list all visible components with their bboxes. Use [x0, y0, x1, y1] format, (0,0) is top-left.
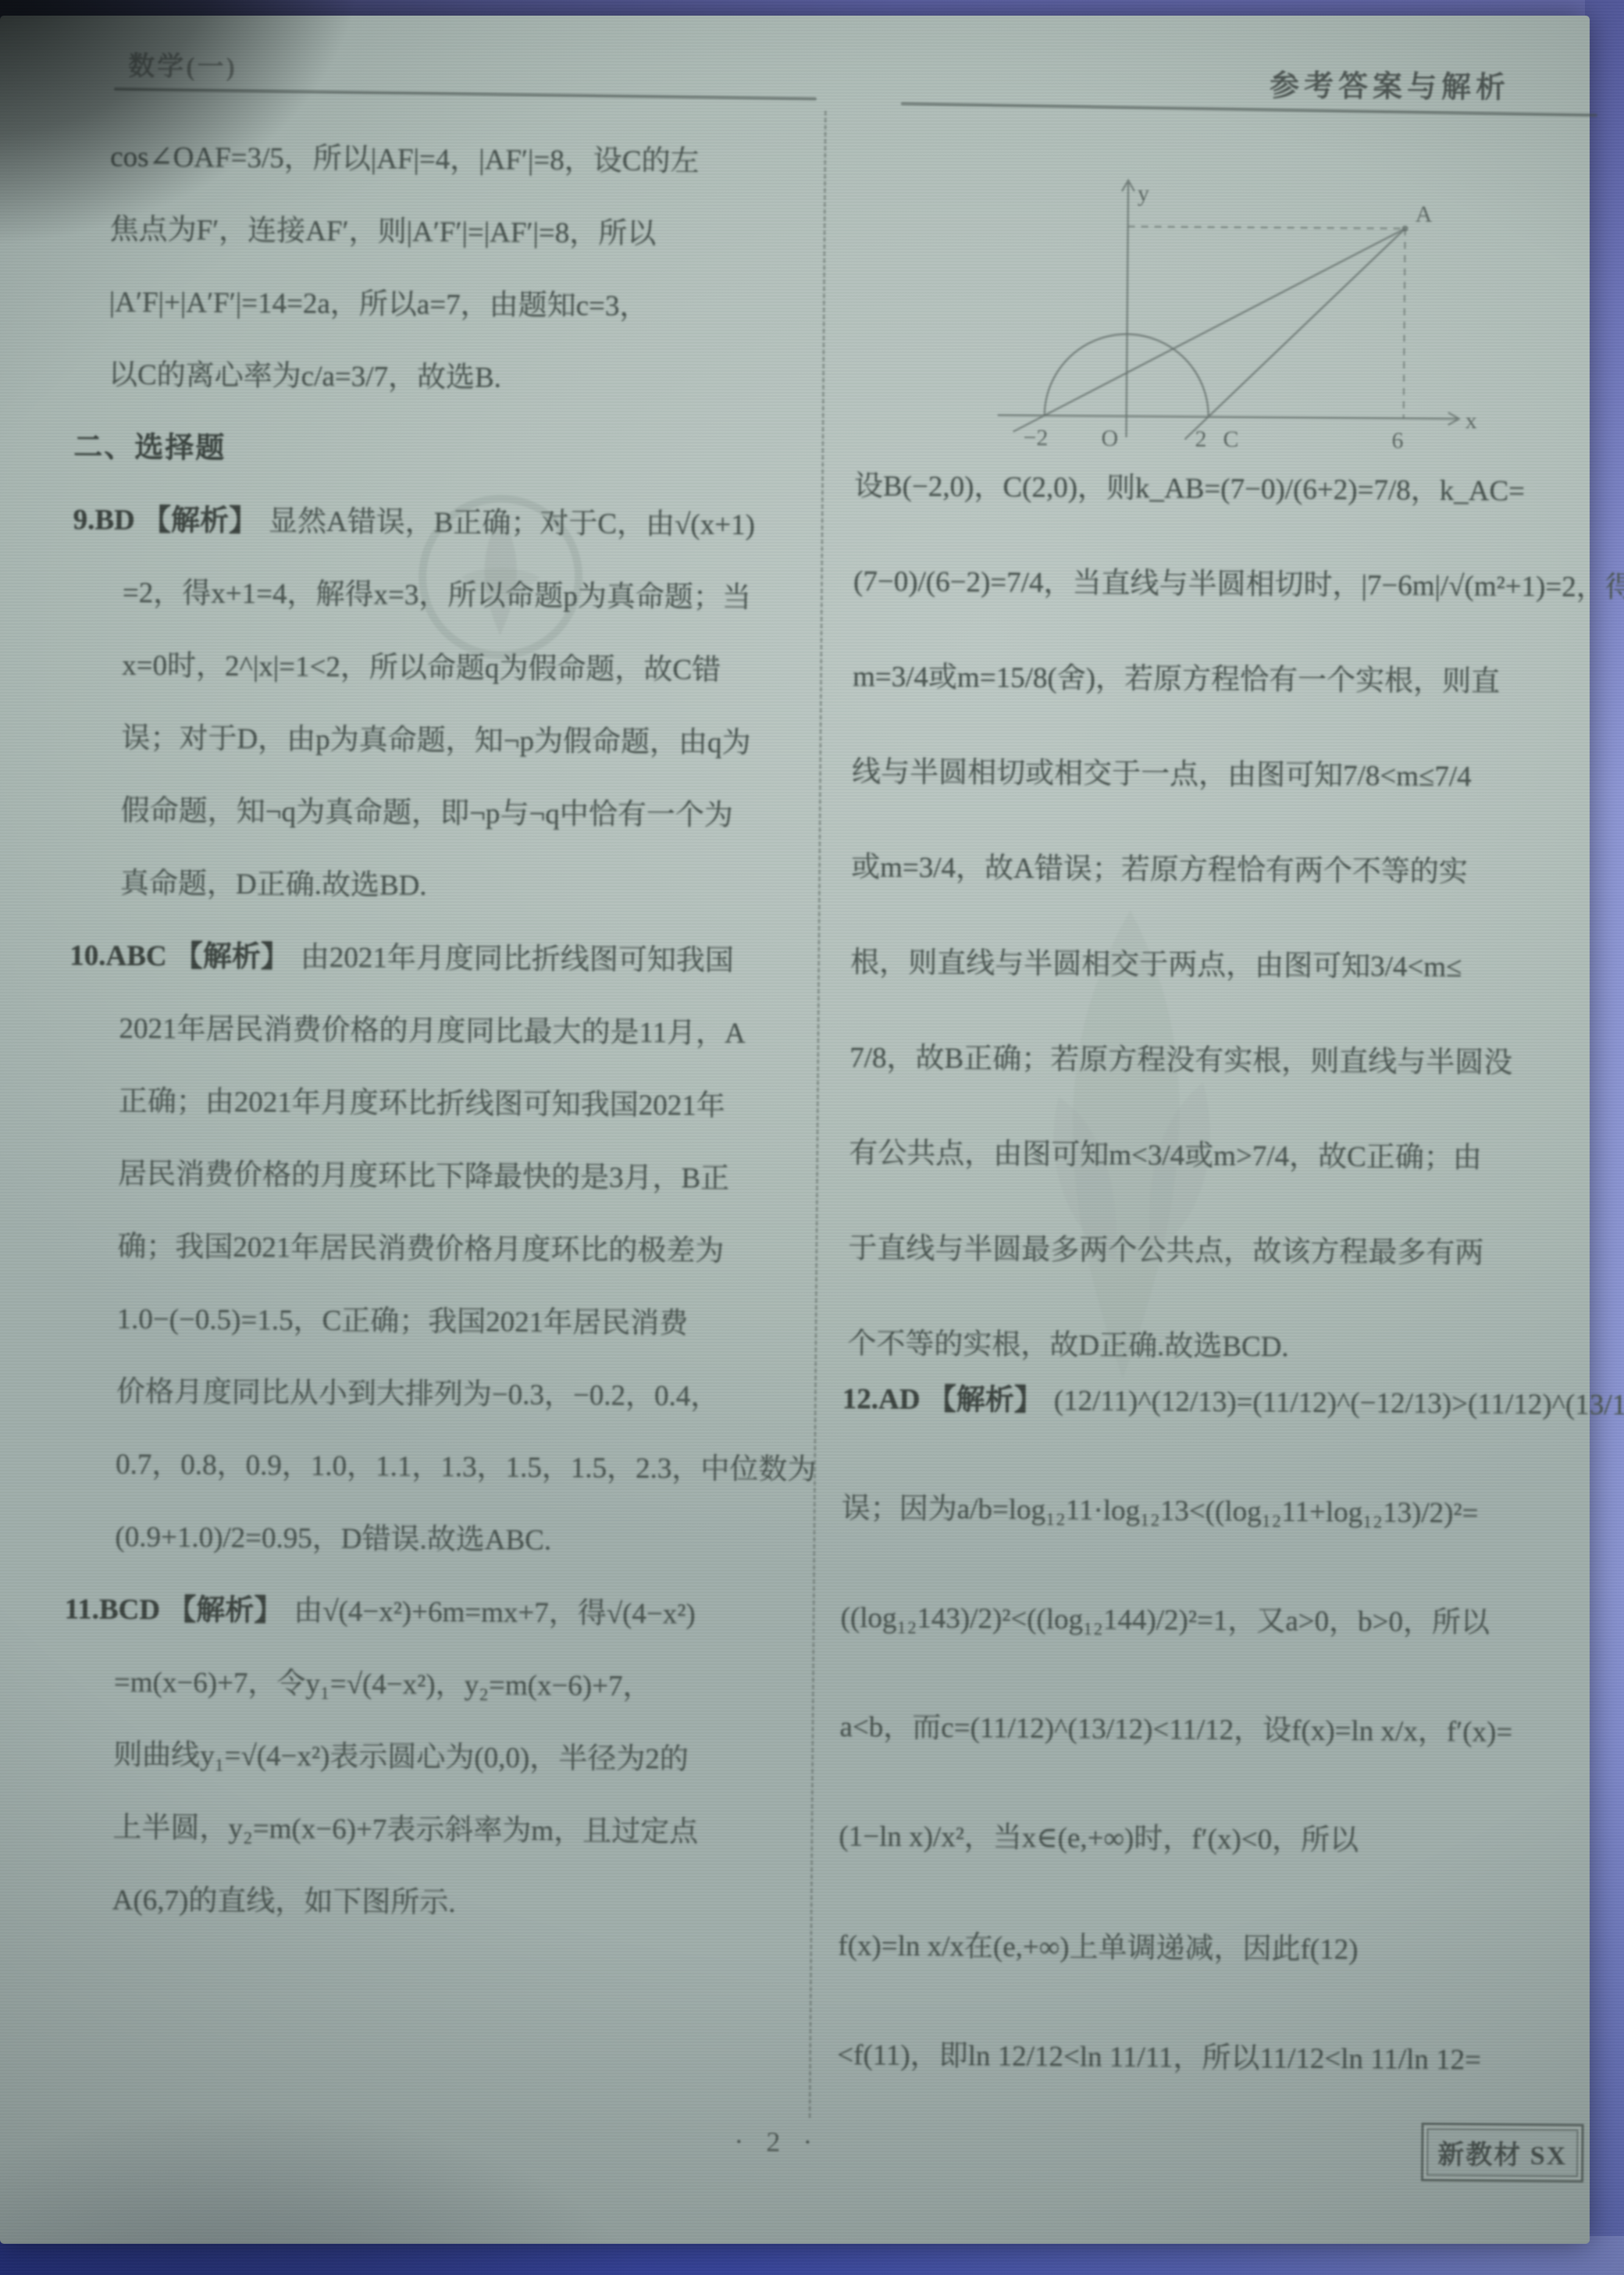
photographed-answer-page: 数学(一) 参考答案与解析 cos∠OAF=3/5，所以|AF|=4，|AF′|…	[0, 0, 1624, 2275]
answer-key-header: 参考答案与解析	[1270, 61, 1510, 105]
solution-figure: y A −2 O 2 C 6 x	[892, 166, 1503, 452]
solution-line: 根，则直线与半圆相交于两点，由图可知3/4<m≤	[850, 915, 1605, 1017]
solution-line: 于直线与半圆最多两个公共点，故该方程最多有两	[848, 1201, 1603, 1303]
left-column: cos∠OAF=3/5，所以|AF|=4，|AF′|=8，设C的左 焦点为F′，…	[62, 120, 819, 1942]
solution-line: 或m=3/4，故A错误；若原方程恰有两个不等的实	[851, 820, 1606, 922]
solution-line: 正确；由2021年月度环比折线图可知我国2021年	[68, 1064, 812, 1143]
solution-line: (1−ln x)/x²，当x∈(e,+∞)时，f′(x)<0，所以	[839, 1782, 1604, 1898]
solution-line: 2021年居民消费价格的月度同比最大的是11月，A	[69, 992, 813, 1070]
solution-line: <f(11)，即ln 12/12<ln 11/11，所以11/12<ln 11/…	[837, 2001, 1603, 2116]
subject-header: 数学(一)	[128, 45, 237, 84]
solution-line: 价格月度同比从小到大排列为−0.3，−0.2，0.4，	[66, 1355, 810, 1433]
answer-head-10: 10.ABC 【解析】	[69, 940, 290, 973]
header-rule-left	[114, 87, 817, 101]
page-number: · 2 ·	[675, 2124, 878, 2159]
solution-line: 由2021年月度同比折线图可知我国	[301, 942, 734, 977]
solution-line: 上半圆，y₂=m(x−6)+7表示斜率为m，且过定点	[62, 1791, 807, 1869]
solution-line: 显然A错误，B正确；对于C，由√(x+1)	[269, 505, 755, 541]
solution-line: 误；对于D，由p为真命题，知¬p为假命题，由q为	[71, 701, 815, 779]
solution-line: ((log₁₂143)/2)²<((log₁₂144)/2)²=1，又a>0，b…	[840, 1564, 1606, 1679]
answer-item-12-first-line: 12.AD 【解析】(12/11)^(12/13)=(11/12)^(−12/1…	[842, 1345, 1608, 1460]
figure-label-y: y	[1138, 180, 1149, 206]
solution-line: 设B(−2,0)，C(2,0)，则k_AB=(7−0)/(6+2)=7/8，k_…	[854, 439, 1609, 540]
solution-line: (12/11)^(12/13)=(11/12)^(−12/13)>(11/12)…	[1054, 1385, 1624, 1422]
solution-line: 0.7，0.8，0.9，1.0，1.1，1.3，1.5，1.5，2.3，中位数为	[66, 1428, 810, 1506]
solution-line: x=0时，2^|x|=1<2，所以命题q为假命题，故C错	[72, 629, 816, 707]
solution-line: 真命题，D正确.故选BD.	[70, 847, 814, 925]
solution-line: (7−0)/(6−2)=7/4，当直线与半圆相切时，|7−6m|/√(m²+1)…	[853, 534, 1608, 636]
solution-line: 则曲线y₁=√(4−x²)表示圆心为(0,0)，半径为2的	[63, 1718, 807, 1796]
page-content: 数学(一) 参考答案与解析 cos∠OAF=3/5，所以|AF|=4，|AF′|…	[0, 11, 1595, 2252]
solution-line: |A′F|+|A′F′|=14=2a，所以a=7，由题知c=3，	[74, 266, 818, 344]
solution-line: 焦点为F′，连接AF′，则|A′F′|=|AF′|=8，所以	[75, 193, 819, 271]
answer-head-11: 11.BCD 【解析】	[65, 1593, 283, 1627]
solution-line: 1.0−(−0.5)=1.5，C正确；我国2021年居民消费	[66, 1282, 810, 1360]
answer-item-10: 10.ABC 【解析】由2021年月度同比折线图可知我国	[69, 919, 814, 997]
solution-line: 确；我国2021年居民消费价格月度环比的极差为	[67, 1210, 811, 1288]
solution-line: cos∠OAF=3/5，所以|AF|=4，|AF′|=8，设C的左	[76, 120, 820, 198]
solution-line: 7/8，故B正确；若原方程没有实根，则直线与半圆没	[849, 1011, 1604, 1112]
solution-line: 假命题，知¬q为真命题，即¬p与¬q中恰有一个为	[70, 774, 814, 852]
right-column-bcd-continuation: 设B(−2,0)，C(2,0)，则k_AB=(7−0)/(6+2)=7/8，k_…	[847, 439, 1609, 1398]
solution-line: a<b，而c=(11/12)^(13/12)<11/12，设f(x)=ln x/…	[839, 1673, 1605, 1788]
figure-label-x: x	[1466, 408, 1477, 433]
figure-label-a: A	[1416, 201, 1433, 227]
section-title-multiple-choice: 二、选择题	[73, 411, 817, 489]
answer-item-12: 12.AD 【解析】(12/11)^(12/13)=(11/12)^(−12/1…	[837, 1345, 1608, 2116]
solution-line: 由√(4−x²)+6m=mx+7，得√(4−x²)	[294, 1596, 696, 1631]
solution-line: 居民消费价格的月度环比下降最快的是3月，B正	[68, 1137, 812, 1215]
solution-line: (0.9+1.0)/2=0.95，D错误.故选ABC.	[65, 1500, 809, 1578]
solution-line: 线与半圆相切或相交于一点，由图可知7/8<m≤7/4	[852, 725, 1607, 826]
answer-item-9: 9.BD 【解析】显然A错误，B正确；对于C，由√(x+1)	[73, 483, 817, 562]
solution-line: 有公共点，由图可知m<3/4或m>7/4，故C正确；由	[849, 1106, 1604, 1207]
solution-line: 以C的离心率为c/a=3/7，故选B.	[74, 338, 818, 416]
solution-line: f(x)=ln x/x在(e,+∞)上单调递减，因此f(12)	[838, 1892, 1604, 2007]
solution-line: m=3/4或m=15/8(舍)，若原方程恰有一个实根，则直	[853, 629, 1608, 731]
solution-line: A(6,7)的直线，如下图所示.	[62, 1863, 806, 1942]
edition-badge: 新教材 SX	[1421, 2123, 1584, 2183]
answer-head-12: 12.AD 【解析】	[842, 1383, 1043, 1417]
answer-head-9: 9.BD 【解析】	[73, 504, 258, 537]
solution-line: =m(x−6)+7，令y₁=√(4−x²)，y₂=m(x−6)+7，	[64, 1646, 808, 1724]
paper-sheet: 数学(一) 参考答案与解析 cos∠OAF=3/5，所以|AF|=4，|AF′|…	[0, 16, 1590, 2244]
answer-item-11: 11.BCD 【解析】由√(4−x²)+6m=mx+7，得√(4−x²)	[64, 1573, 808, 1651]
solution-line: =2，得x+1=4，解得x=3，所以命题p为真命题；当	[73, 556, 817, 634]
solution-line: 误；因为a/b=log₁₂11·log₁₂13<((log₁₂11+log₁₂1…	[841, 1454, 1607, 1570]
